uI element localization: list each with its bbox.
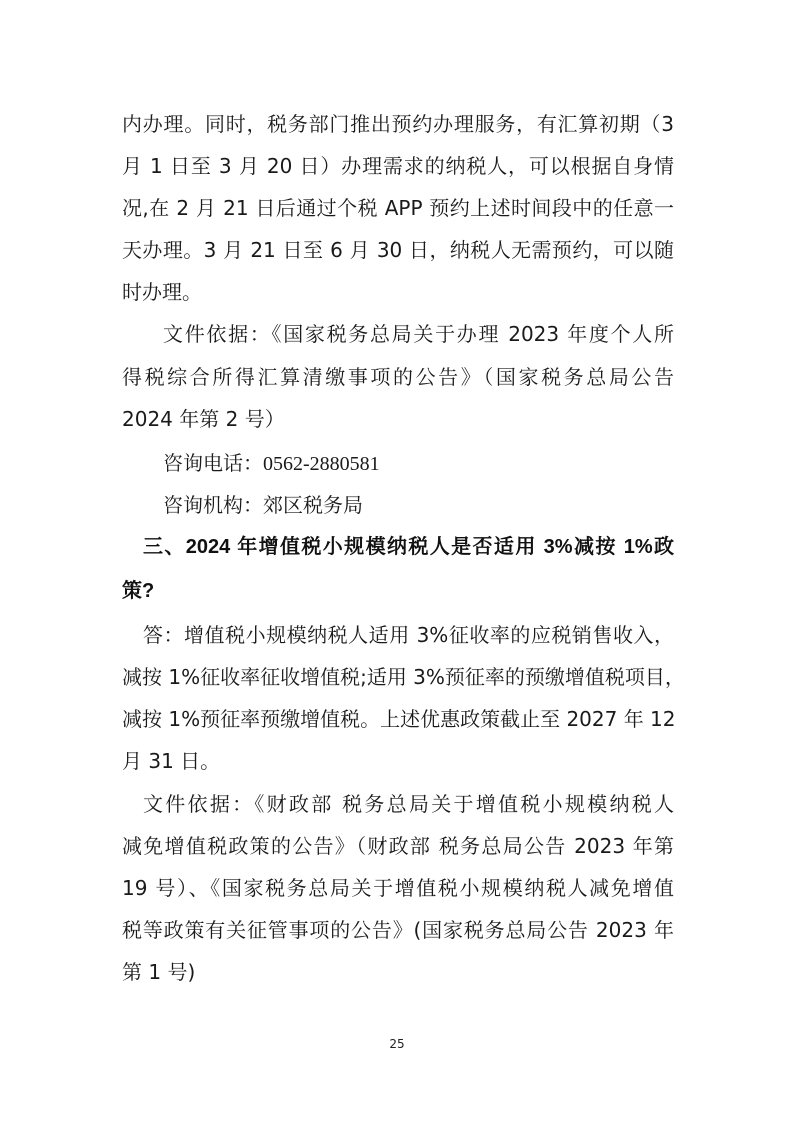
section-heading: 策? <box>122 570 674 612</box>
file-basis-line: 2024 年第 2 号） <box>122 398 674 440</box>
paragraph-line: 内办理。同时，税务部门推出预约办理服务，有汇算初期（3 <box>122 103 674 145</box>
paragraph-line: 况,在 2 月 21 日后通过个税 APP 预约上述时间段中的任意一 <box>122 187 674 229</box>
paragraph-line: 时办理。 <box>122 271 674 313</box>
file-basis-line: 得税综合所得汇算清缴事项的公告》（国家税务总局公告 <box>122 356 674 398</box>
file-basis-line: 文件依据：《国家税务总局关于办理 2023 年度个人所 <box>163 313 674 355</box>
answer-line: 月 31 日。 <box>122 740 674 782</box>
consult-phone: 咨询电话：0562-2880581 <box>163 442 674 484</box>
section-heading: 三、2024 年增值税小规模纳税人是否适用 3%减按 1%政 <box>143 526 674 568</box>
consult-phone-label: 咨询电话： <box>163 451 263 475</box>
answer-line: 减按 1%征收率征收增值税;适用 3%预征率的预缴增值税项目， <box>122 656 674 698</box>
file-basis-line: 税等政策有关征管事项的公告》(国家税务总局公告 2023 年 <box>122 909 674 951</box>
file-basis-line: 减免增值税政策的公告》（财政部 税务总局公告 2023 年第 <box>122 825 674 867</box>
answer-line: 减按 1%预征率预缴增值税。上述优惠政策截止至 2027 年 12 <box>122 698 674 740</box>
paragraph-line: 月 1 日至 3 月 20 日）办理需求的纳税人，可以根据自身情 <box>122 145 674 187</box>
file-basis-line: 19 号）、《国家税务总局关于增值税小规模纳税人减免增值 <box>122 867 674 909</box>
file-basis-line: 文件依据：《财政部 税务总局关于增值税小规模纳税人 <box>143 783 674 825</box>
paragraph-line: 天办理。3 月 21 日至 6 月 30 日，纳税人无需预约，可以随 <box>122 229 674 271</box>
consult-phone-number: 0562-2880581 <box>263 453 380 475</box>
file-basis-line: 第 1 号) <box>122 951 674 993</box>
consult-organization: 咨询机构：郊区税务局 <box>163 484 674 526</box>
document-page: 内办理。同时，税务部门推出预约办理服务，有汇算初期（3 月 1 日至 3 月 2… <box>0 0 793 1122</box>
page-number: 25 <box>376 1037 418 1051</box>
answer-line: 答：增值税小规模纳税人适用 3%征收率的应税销售收入， <box>143 614 674 656</box>
